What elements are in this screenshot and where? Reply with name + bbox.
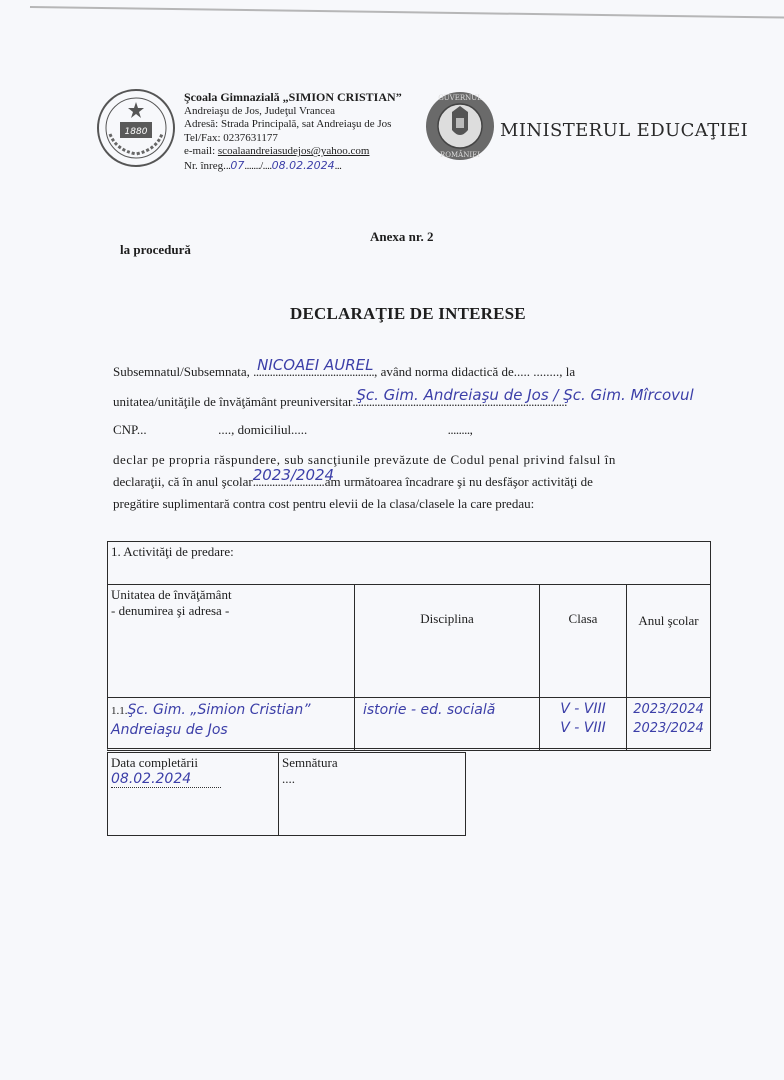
row-unit[interactable]: Şc. Gim. „Simion Cristian” Andreiaşu de … xyxy=(111,702,311,738)
registration-date: 08.02.2024 xyxy=(272,159,335,172)
column-header-unit: Unitatea de învăţământ - denumirea şi ad… xyxy=(107,584,355,698)
completion-date-field[interactable]: 08.02.2024 xyxy=(111,771,221,788)
signature-field[interactable]: .... xyxy=(282,771,462,787)
school-emblem-icon: 1880 xyxy=(96,88,176,168)
ministry-name: MINISTERUL EDUCAŢIEI xyxy=(500,120,748,141)
column-header-class: Clasa xyxy=(539,584,627,698)
school-info: Şcoala Gimnazială „SIMION CRISTIAN” Andr… xyxy=(184,91,402,174)
procedure-label: la procedură xyxy=(120,242,191,258)
document-title: DECLARAŢIE DE INTERESE xyxy=(290,304,526,324)
school-phone: Tel/Fax: 0237631177 xyxy=(184,132,402,146)
units-line: unitatea/unităţile de învăţământ preuniv… xyxy=(113,394,567,410)
registration-number: 07 xyxy=(230,159,244,172)
registration-label: Nr. înreg. xyxy=(184,160,226,172)
declaration-line-3: pregătire suplimentară contra cost pentr… xyxy=(113,496,534,512)
row-classes[interactable]: V - VIII V - VIII xyxy=(539,697,627,751)
declarant-line: Subsemnatul/Subsemnata, ................… xyxy=(113,364,575,380)
school-year-field[interactable]: .........................2023/2024 xyxy=(253,474,322,490)
scanned-page-edge xyxy=(30,6,784,19)
document-page: 1880 Şcoala Gimnazială „SIMION CRISTIAN”… xyxy=(0,0,784,1080)
completion-date-box: Data completării 08.02.2024 xyxy=(107,752,279,836)
table-section-title: 1. Activităţi de predare: xyxy=(107,541,711,585)
teaching-units-field[interactable]: ........................................… xyxy=(352,394,567,410)
declaration-line-1: declar pe propria răspundere, sub sancţi… xyxy=(113,452,616,468)
school-address: Adresă: Strada Principală, sat Andreiaşu… xyxy=(184,118,402,132)
svg-text:ROMÂNIEI: ROMÂNIEI xyxy=(440,150,480,159)
signature-label: Semnătura xyxy=(282,755,462,771)
school-email-link[interactable]: scoalaandreiasudejos@yahoo.com xyxy=(218,145,370,157)
email-label: e-mail: xyxy=(184,145,218,157)
completion-date-label: Data completării xyxy=(111,755,275,771)
registration-line: Nr. înreg...07......./....08.02.2024... xyxy=(184,159,402,174)
svg-text:GUVERNUL: GUVERNUL xyxy=(438,94,482,102)
column-header-discipline: Disciplina xyxy=(354,584,540,698)
school-location: Andreiaşu de Jos, Judeţul Vrancea xyxy=(184,105,402,119)
school-email-line: e-mail: scoalaandreiasudejos@yahoo.com xyxy=(184,145,402,159)
signature-box: Semnătura .... xyxy=(278,752,466,836)
school-name: Şcoala Gimnazială „SIMION CRISTIAN” xyxy=(184,91,402,105)
cnp-line: CNP... ...., domiciliul..... ........, xyxy=(113,422,472,438)
declarant-name-field[interactable]: ........................................… xyxy=(253,364,374,380)
column-header-school-year: Anul şcolar xyxy=(626,584,711,698)
table-row: 1.1.Şc. Gim. „Simion Cristian” Andreiaşu… xyxy=(107,697,355,751)
school-year-line: declaraţii, că în anul şcolar...........… xyxy=(113,474,593,490)
row-discipline[interactable]: istorie - ed. socială xyxy=(354,697,540,751)
row-school-year[interactable]: 2023/2024 2023/2024 xyxy=(626,697,711,751)
svg-text:1880: 1880 xyxy=(125,127,148,137)
government-coat-of-arms-icon: GUVERNUL ROMÂNIEI xyxy=(425,90,495,162)
annex-label: Anexa nr. 2 xyxy=(370,229,433,245)
